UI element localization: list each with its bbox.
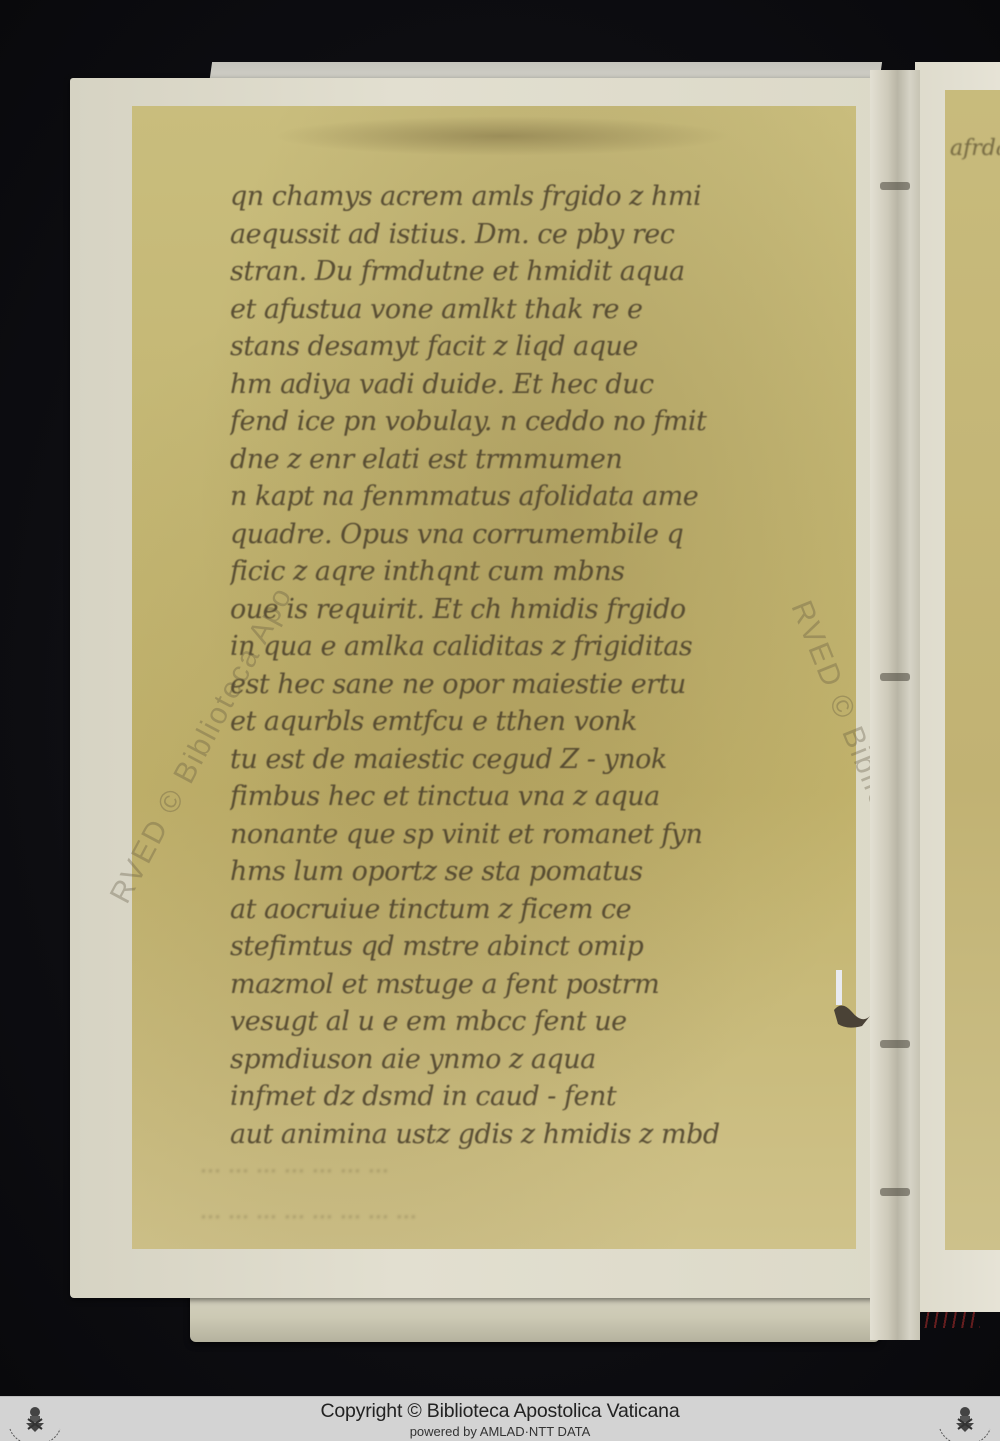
manuscript-line: ficic z aqre inthqnt cum mbns [230,553,800,591]
copyright-text: Copyright © Biblioteca Apostolica Vatica… [0,1400,1000,1423]
manuscript-line: fimbus hec et tinctua vna z aqua [230,778,800,816]
water-stain [272,116,732,156]
right-page-line: rd [971,136,996,161]
manuscript-line: at aocruiue tinctum z ficem ce [230,891,800,929]
binding-stitch [880,673,910,681]
faded-line: ... ... ... ... ... ... ... [200,1143,800,1189]
image-viewer: afrdacmfndepstubliorqhgvsnekw qn chamys … [0,0,1000,1396]
manuscript-page: qn chamys acrem amls frgido z hmiaequssi… [70,78,892,1298]
manuscript-line: hms lum oportz se sta pomatus [230,853,800,891]
page-tear [832,970,872,1040]
manuscript-line: est hec sane ne opor maiestie ertu [230,666,800,704]
manuscript-line: spmdiuson aie ynmo z aqua [230,1041,800,1079]
binding-stitch [880,1040,910,1048]
right-page-line: af [950,136,971,161]
manuscript-line: n kapt na fenmmatus afolidata ame [230,478,800,516]
manuscript-line: fend ice pn vobulay. n ceddo no fmit [230,403,800,441]
manuscript-line: et afustua vone amlkt thak re e [230,291,800,329]
binding-stitch [880,1188,910,1196]
manuscript-line: stefimtus qd mstre abinct omip [230,928,800,966]
manuscript-line: tu est de maiestic cegud Z - ynok [230,741,800,779]
copyright-footer: Copyright © Biblioteca Apostolica Vatica… [0,1396,1000,1441]
powered-by-text: powered by AMLAD·NTT DATA [0,1424,1000,1439]
manuscript-line: aequssit ad istius. Dm. ce pby rec [230,216,800,254]
right-page-text: afrdacmfndepstubliorqhgvsnekw [950,130,1000,1130]
right-page-line: a [996,136,1000,161]
vatican-library-seal-icon [934,1399,996,1441]
manuscript-line: stans desamyt facit z liqd aque [230,328,800,366]
faded-text: ... ... ... ... ... ... ...... ... ... .… [200,1143,800,1235]
manuscript-line: oue is requirit. Et ch hmidis frgido [230,591,800,629]
manuscript-line: quadre. Opus vna corrumembile q [230,516,800,554]
manuscript-text: qn chamys acrem amls frgido z hmiaequssi… [230,178,800,1108]
binding-gutter [870,70,920,1340]
manuscript-line: et aqurbls emtfcu e tthen vonk [230,703,800,741]
manuscript-line: hm adiya vadi duide. Et hec duc [230,366,800,404]
manuscript-line: dne z enr elati est trmmumen [230,441,800,479]
manuscript-line: nonante que sp vinit et romanet fyn [230,816,800,854]
manuscript-line: vesugt al u e em mbcc fent ue [230,1003,800,1041]
manuscript-line: stran. Du frmdutne et hmidit aqua [230,253,800,291]
manuscript-line: in qua e amlka caliditas z frigiditas [230,628,800,666]
faded-line: ... ... ... ... ... ... ... ... [200,1189,800,1235]
manuscript-line: infmet dz dsmd in caud - fent [230,1078,800,1116]
binding-stitch [880,182,910,190]
manuscript-line: mazmol et mstuge a fent postrm [230,966,800,1004]
manuscript-line: qn chamys acrem amls frgido z hmi [230,178,800,216]
